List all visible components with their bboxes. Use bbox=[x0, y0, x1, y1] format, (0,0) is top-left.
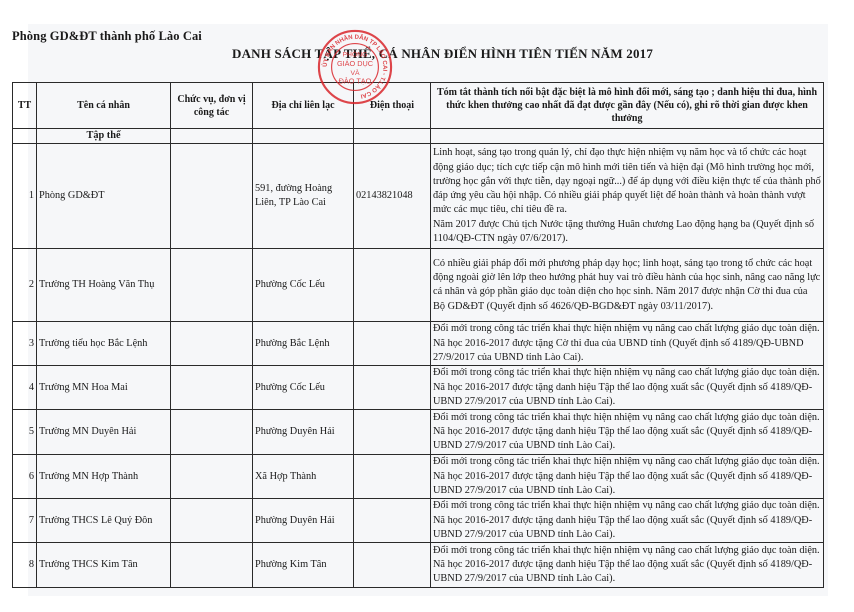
table-header-row: TT Tên cá nhân Chức vụ, đơn vị công tác … bbox=[13, 83, 824, 129]
row-name: Phòng GD&ĐT bbox=[37, 144, 171, 249]
table-row: 1Phòng GD&ĐT591, đường Hoàng Liên, TP Là… bbox=[13, 144, 824, 249]
row-name: Trường MN Hợp Thành bbox=[37, 455, 171, 499]
header-summary: Tóm tắt thành tích nổi bật đặc biệt là m… bbox=[431, 83, 824, 129]
row-achievement: Đổi mới trong công tác triển khai thực h… bbox=[431, 543, 824, 588]
row-number: 4 bbox=[13, 366, 37, 410]
row-position bbox=[171, 249, 253, 322]
row-achievement: Linh hoạt, sáng tạo trong quản lý, chỉ đ… bbox=[431, 144, 824, 249]
table-row: 4Trường MN Hoa MaiPhường Cốc LếuĐổi mới … bbox=[13, 366, 824, 410]
row-address: Phường Duyên Hải bbox=[253, 499, 354, 543]
row-position bbox=[171, 543, 253, 588]
table-row: 3Trường tiểu học Bắc LệnhPhường Bắc Lệnh… bbox=[13, 322, 824, 366]
row-position bbox=[171, 366, 253, 410]
row-address: 591, đường Hoàng Liên, TP Lào Cai bbox=[253, 144, 354, 249]
row-number: 6 bbox=[13, 455, 37, 499]
row-achievement: Đổi mới trong công tác triển khai thực h… bbox=[431, 322, 824, 366]
row-phone bbox=[354, 366, 431, 410]
row-number: 3 bbox=[13, 322, 37, 366]
row-address: Phường Duyên Hải bbox=[253, 410, 354, 455]
row-name: Trường THCS Kim Tân bbox=[37, 543, 171, 588]
row-achievement: Đổi mới trong công tác triển khai thực h… bbox=[431, 455, 824, 499]
document-title: DANH SÁCH TẬP THỂ, CÁ NHÂN ĐIỂN HÌNH TIÊ… bbox=[232, 46, 653, 62]
table-row: 7Trường THCS Lê Quý ĐônPhường Duyên HảiĐ… bbox=[13, 499, 824, 543]
row-position bbox=[171, 410, 253, 455]
row-phone bbox=[354, 410, 431, 455]
row-achievement: Có nhiều giải pháp đổi mới phương pháp d… bbox=[431, 249, 824, 322]
row-number: 7 bbox=[13, 499, 37, 543]
row-number: 8 bbox=[13, 543, 37, 588]
row-position bbox=[171, 322, 253, 366]
row-name: Trường THCS Lê Quý Đôn bbox=[37, 499, 171, 543]
header-phone: Điện thoại bbox=[354, 83, 431, 129]
row-address: Phường Bắc Lệnh bbox=[253, 322, 354, 366]
table-row: 2Trường TH Hoàng Văn ThụPhường Cốc LếuCó… bbox=[13, 249, 824, 322]
row-achievement: Đổi mới trong công tác triển khai thực h… bbox=[431, 499, 824, 543]
row-phone bbox=[354, 455, 431, 499]
award-list-table: TT Tên cá nhân Chức vụ, đơn vị công tác … bbox=[12, 82, 824, 588]
row-address: Phường Cốc Lếu bbox=[253, 249, 354, 322]
row-phone bbox=[354, 322, 431, 366]
row-position bbox=[171, 455, 253, 499]
row-number: 5 bbox=[13, 410, 37, 455]
row-address: Xã Hợp Thành bbox=[253, 455, 354, 499]
row-name: Trường TH Hoàng Văn Thụ bbox=[37, 249, 171, 322]
row-phone: 02143821048 bbox=[354, 144, 431, 249]
row-number: 1 bbox=[13, 144, 37, 249]
row-name: Trường MN Hoa Mai bbox=[37, 366, 171, 410]
row-phone bbox=[354, 249, 431, 322]
header-name: Tên cá nhân bbox=[37, 83, 171, 129]
row-position bbox=[171, 499, 253, 543]
row-achievement: Đổi mới trong công tác triển khai thực h… bbox=[431, 410, 824, 455]
row-phone bbox=[354, 499, 431, 543]
table-row: 8Trường THCS Kim TânPhường Kim TânĐổi mớ… bbox=[13, 543, 824, 588]
row-name: Trường tiểu học Bắc Lệnh bbox=[37, 322, 171, 366]
table-row: 5Trường MN Duyên HảiPhường Duyên HảiĐổi … bbox=[13, 410, 824, 455]
row-name: Trường MN Duyên Hải bbox=[37, 410, 171, 455]
group-label: Tập thể bbox=[37, 129, 171, 144]
row-address: Phường Kim Tân bbox=[253, 543, 354, 588]
organization-name: Phòng GD&ĐT thành phố Lào Cai bbox=[12, 29, 202, 44]
header-address: Địa chỉ liên lạc bbox=[253, 83, 354, 129]
header-position: Chức vụ, đơn vị công tác bbox=[171, 83, 253, 129]
row-phone bbox=[354, 543, 431, 588]
table-row: 6Trường MN Hợp ThànhXã Hợp ThànhĐổi mới … bbox=[13, 455, 824, 499]
row-achievement: Đổi mới trong công tác triển khai thực h… bbox=[431, 366, 824, 410]
row-position bbox=[171, 144, 253, 249]
row-address: Phường Cốc Lếu bbox=[253, 366, 354, 410]
row-achievement-award: Năm 2017 được Chủ tịch Nước tặng thưởng … bbox=[433, 219, 814, 244]
group-row: Tập thể bbox=[13, 129, 824, 144]
header-tt: TT bbox=[13, 83, 37, 129]
row-number: 2 bbox=[13, 249, 37, 322]
